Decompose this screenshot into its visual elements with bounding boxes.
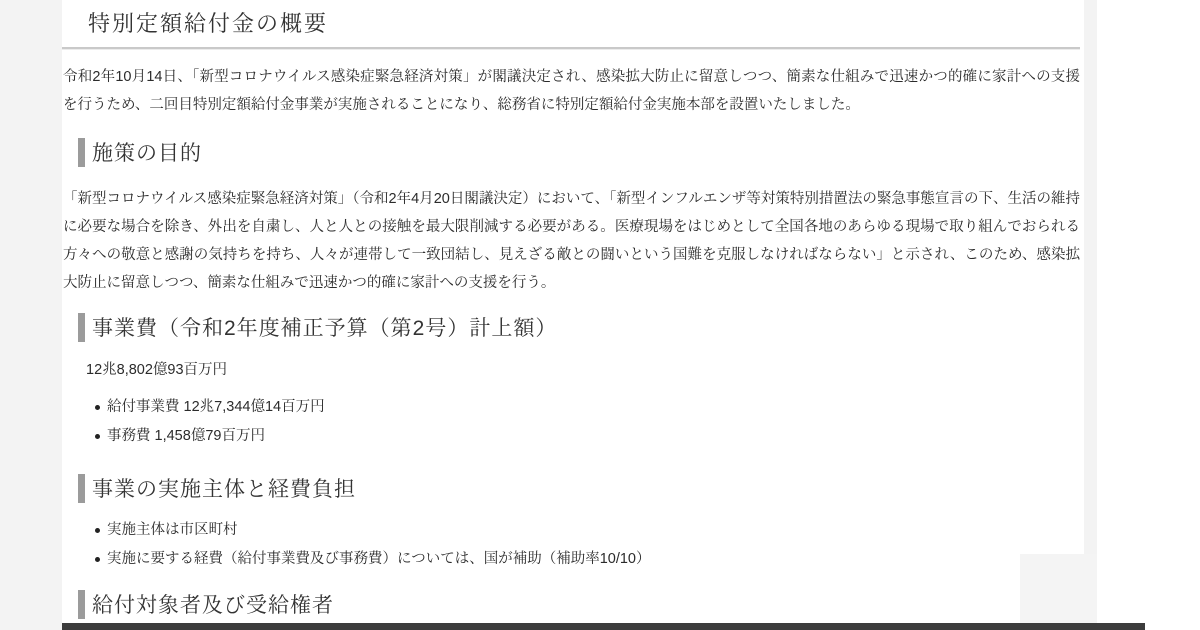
title-divider [62, 47, 1080, 50]
cost-breakdown-list: 給付事業費 12兆7,344億14百万円 事務費 1,458億79百万円 [62, 393, 1084, 451]
total-budget-amount: 12兆8,802億93百万円 [86, 356, 1084, 384]
heading-marker-bar [78, 313, 85, 342]
list-item: 事務費 1,458億79百万円 [107, 422, 1084, 451]
heading-marker-bar [78, 590, 85, 619]
implementation-list: 実施主体は市区町村 実施に要する経費（給付事業費及び事務費）については、国が補助… [62, 516, 1084, 574]
page: 特別定額給付金の概要 令和2年10月14日、「新型コロナウイルス感染症緊急経済対… [0, 0, 1200, 630]
right-gutter [1084, 0, 1097, 630]
section-heading-recipients: 給付対象者及び受給権者 [78, 589, 1084, 619]
article: 特別定額給付金の概要 令和2年10月14日、「新型コロナウイルス感染症緊急経済対… [62, 0, 1084, 619]
section-heading-text: 給付対象者及び受給権者 [92, 589, 334, 619]
section-heading-purpose: 施策の目的 [78, 137, 1084, 167]
section-heading-implementation: 事業の実施主体と経費負担 [78, 473, 1084, 503]
list-item: 実施に要する経費（給付事業費及び事務費）については、国が補助（補助率10/10） [107, 545, 1084, 574]
cut-off-dark-bar [62, 623, 1145, 630]
heading-marker-bar [78, 138, 85, 167]
page-title: 特別定額給付金の概要 [88, 9, 1084, 39]
intro-paragraph: 令和2年10月14日、「新型コロナウイルス感染症緊急経済対策」が閣議決定され、感… [63, 63, 1080, 119]
section-heading-cost: 事業費（令和2年度補正予算（第2号）計上額） [78, 312, 1084, 342]
list-item: 実施主体は市区町村 [107, 516, 1084, 545]
section-heading-text: 事業費（令和2年度補正予算（第2号）計上額） [92, 312, 557, 342]
section-heading-text: 事業の実施主体と経費負担 [92, 473, 356, 503]
section-heading-text: 施策の目的 [92, 137, 202, 167]
heading-marker-bar [78, 474, 85, 503]
purpose-paragraph: 「新型コロナウイルス感染症緊急経済対策」（令和2年4月20日閣議決定）において、… [63, 185, 1080, 297]
left-gutter [0, 0, 62, 630]
list-item: 給付事業費 12兆7,344億14百万円 [107, 393, 1084, 422]
